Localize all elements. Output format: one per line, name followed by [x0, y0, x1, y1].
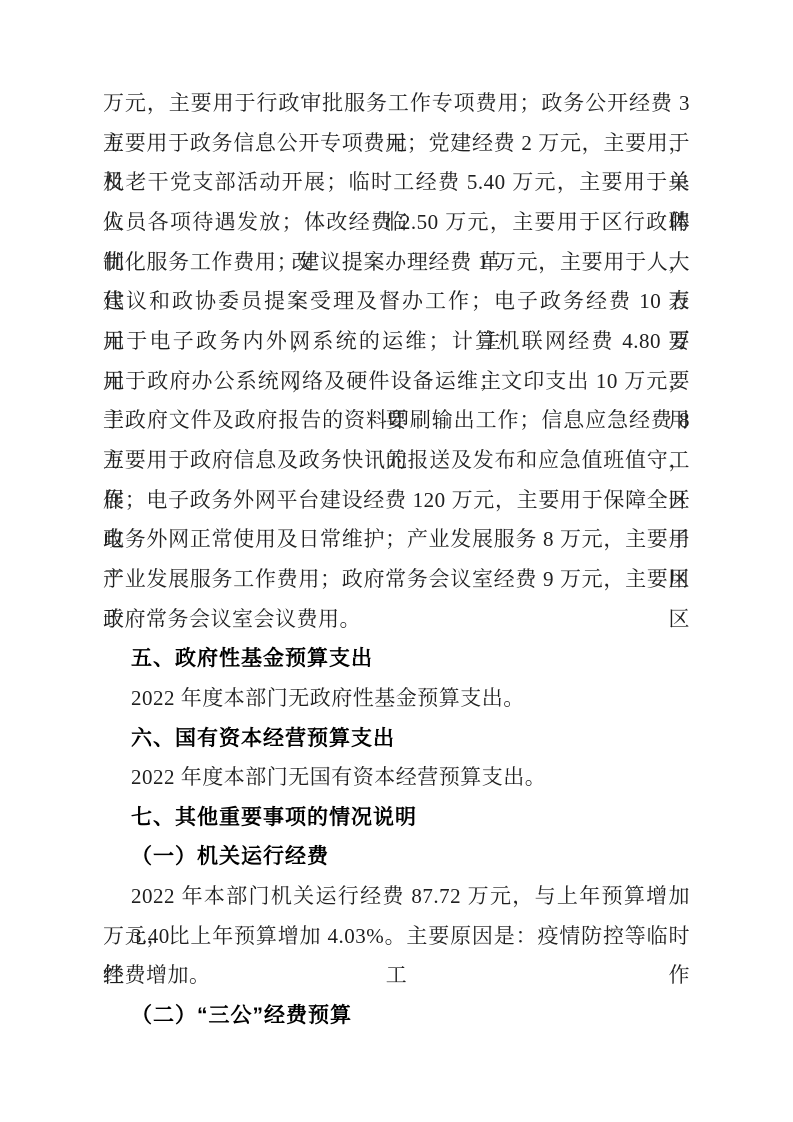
section-5-paragraph: 2022 年度本部门无政府性基金预算支出。 [103, 679, 690, 719]
section-heading-5: 五、政府性基金预算支出 [103, 639, 690, 679]
body-line: 用于政府办公系统网络及硬件设备运维；文印支出 10 万元，主要用 [103, 362, 690, 402]
body-line: 主要用于政府信息及政务快讯的报送及发布和应急值班值守工作开 [103, 441, 690, 481]
body-line: 万元，主要用于行政审批服务工作专项费用；政务公开经费 3 万元， [103, 84, 690, 124]
body-line: 优化服务工作费用；建议提案办理经费 1 万元，主要用于人大代表 [103, 243, 690, 283]
body-line: 万元，比上年预算增加 4.03%。主要原因是：疫情防控等临时性工作 [103, 917, 690, 957]
body-line: 人员各项待遇发放；体改经费 2.50 万元，主要用于区行政体制改革， [103, 203, 690, 243]
body-line: 2022 年本部门机关运行经费 87.72 万元，与上年预算增加 3.40 [103, 877, 690, 917]
subsection-heading-2: （二）“三公”经费预算 [103, 996, 690, 1036]
section-6-paragraph: 2022 年度本部门无国有资本经营预算支出。 [103, 758, 690, 798]
body-line: 于政府文件及政府报告的资料印刷输出工作；信息应急经费 8 万元， [103, 401, 690, 441]
section-heading-6: 六、国有资本经营预算支出 [103, 719, 690, 759]
section-heading-7: 七、其他重要事项的情况说明 [103, 798, 690, 838]
body-line: 产业发展服务工作费用；政府常务会议室经费 9 万元，主要用于区 [103, 560, 690, 600]
body-line: 用于电子政务内外网系统的运维；计算机联网经费 4.80 万元，主要 [103, 322, 690, 362]
body-line: 及老干党支部活动开展；临时工经费 5.40 万元，主要用于单位临聘 [103, 163, 690, 203]
body-line: 主要用于政务信息公开专项费用；党建经费 2 万元，主要用于机关 [103, 124, 690, 164]
text-column: 万元，主要用于行政审批服务工作专项费用；政务公开经费 3 万元， 主要用于政务信… [103, 84, 690, 1036]
body-line: 政务外网正常使用及日常维护；产业发展服务 8 万元，主要用于区 [103, 520, 690, 560]
subsection-heading-1: （一）机关运行经费 [103, 837, 690, 877]
body-line: 展；电子政务外网平台建设经费 120 万元，主要用于保障全区电子 [103, 481, 690, 521]
document-page: 万元，主要用于行政审批服务工作专项费用；政务公开经费 3 万元， 主要用于政务信… [0, 0, 793, 1122]
body-line: 建议和政协委员提案受理及督办工作；电子政务经费 10 万元，主要 [103, 282, 690, 322]
